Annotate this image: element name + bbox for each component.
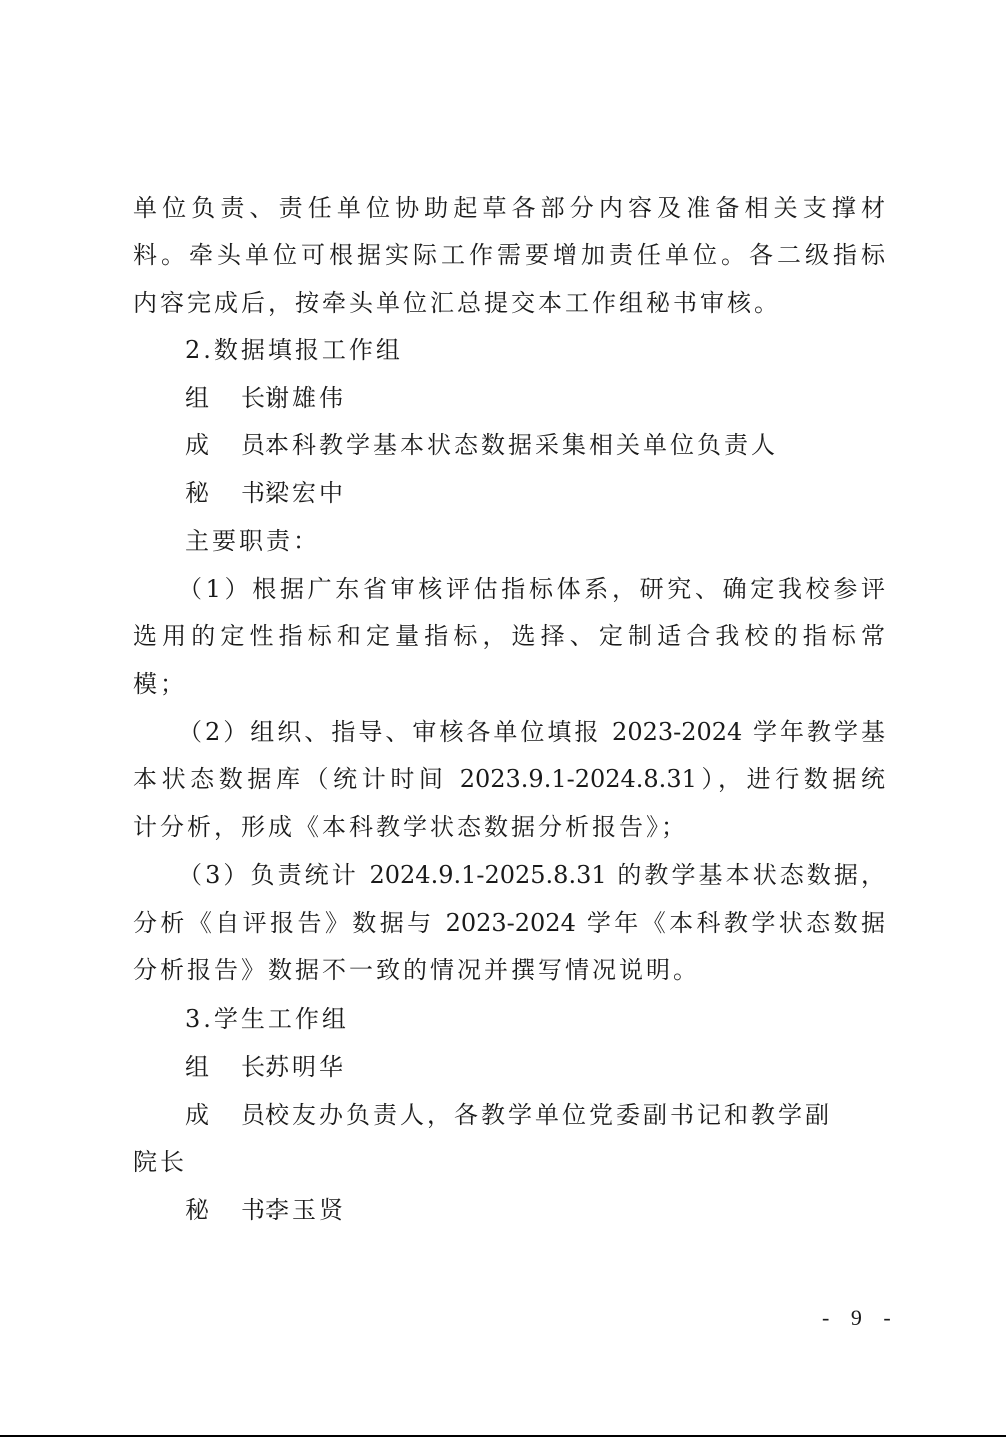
duties-heading: 主要职责：: [185, 524, 885, 558]
secretary-name: 梁宏中: [265, 479, 346, 507]
members-label: 成员：: [185, 428, 265, 462]
section-heading-data-reporting-group: 2.数据填报工作组: [185, 333, 885, 367]
group2-secretary-row: 秘书：梁宏中: [185, 476, 885, 510]
secretary-name: 李玉贤: [265, 1196, 346, 1224]
group3-leader-row: 组长：苏明华: [185, 1050, 885, 1084]
page-number: - 9 -: [822, 1303, 899, 1333]
duty-2-line: （2）组织、指导、审核各单位填报 2023-2024 学年教学基: [178, 715, 885, 749]
duty-3-line: 分析《自评报告》数据与 2023-2024 学年《本科教学状态数据: [133, 906, 885, 940]
group2-leader-row: 组长：谢雄伟: [185, 381, 885, 415]
group2-members-row: 成员：本科教学基本状态数据采集相关单位负责人: [185, 428, 885, 462]
leader-name: 苏明华: [265, 1053, 346, 1081]
leader-name: 谢雄伟: [265, 384, 346, 412]
paragraph-line: 料。牵头单位可根据实际工作需要增加责任单位。各二级指标: [133, 238, 885, 272]
section-heading-student-work-group: 3.学生工作组: [185, 1002, 885, 1036]
group3-secretary-row: 秘书：李玉贤: [185, 1193, 885, 1227]
paragraph-line: 单位负责、责任单位协助起草各部分内容及准备相关支撑材: [133, 191, 885, 225]
secretary-label: 秘书：: [185, 1193, 265, 1227]
group3-members-row: 成员：校友办负责人，各教学单位党委副书记和教学副: [185, 1098, 885, 1132]
group3-members-continuation: 院长: [133, 1145, 885, 1179]
paragraph-line: 内容完成后，按牵头单位汇总提交本工作组秘书审核。: [133, 286, 885, 320]
leader-label: 组长：: [185, 1050, 265, 1084]
duty-3-line: （3）负责统计 2024.9.1-2025.8.31 的教学基本状态数据，: [178, 858, 885, 892]
leader-label: 组长：: [185, 381, 265, 415]
secretary-label: 秘书：: [185, 476, 265, 510]
members-value: 校友办负责人，各教学单位党委副书记和教学副: [265, 1101, 832, 1129]
duty-1-line: （1）根据广东省审核评估指标体系，研究、确定我校参评: [178, 572, 885, 606]
members-label: 成员：: [185, 1098, 265, 1132]
duty-2-line: 计分析，形成《本科教学状态数据分析报告》；: [133, 810, 885, 844]
duty-3-line: 分析报告》数据不一致的情况并撰写情况说明。: [133, 953, 885, 987]
members-value: 本科教学基本状态数据采集相关单位负责人: [265, 431, 778, 459]
document-page: 单位负责、责任单位协助起草各部分内容及准备相关支撑材 料。牵头单位可根据实际工作…: [0, 0, 1006, 1437]
duty-1-line: 选用的定性指标和定量指标，选择、定制适合我校的指标常: [133, 619, 885, 653]
duty-2-line: 本状态数据库（统计时间 2023.9.1-2024.8.31），进行数据统: [133, 762, 885, 796]
duty-1-line: 模；: [133, 667, 885, 701]
